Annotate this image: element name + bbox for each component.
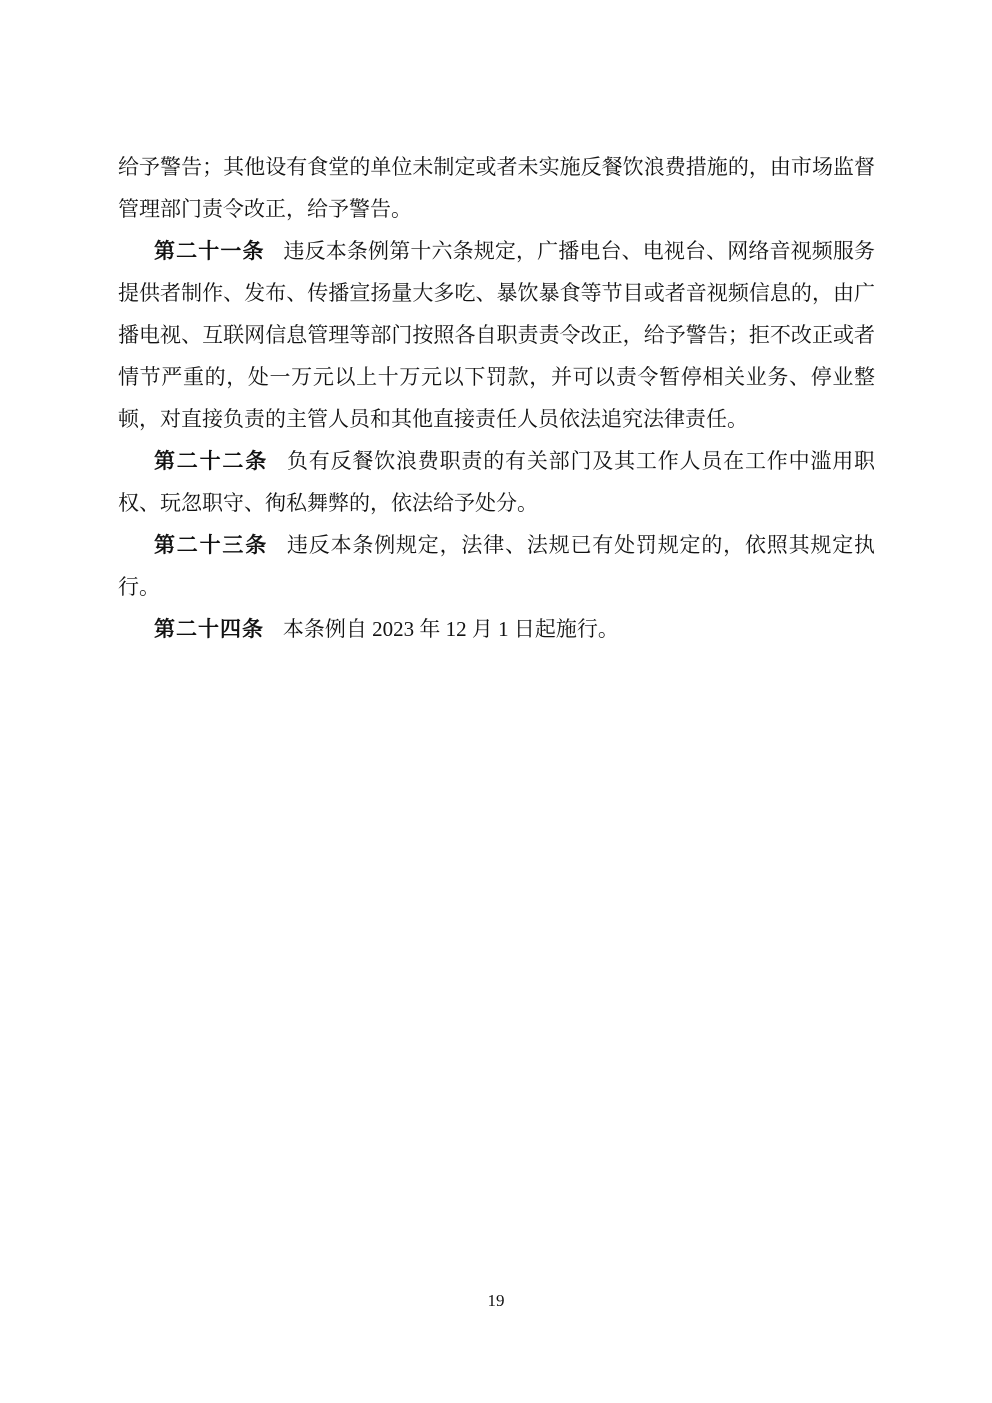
article-number: 第二十二条 <box>154 449 268 473</box>
paragraph-article-24: 第二十四条本条例自 2023 年 12 月 1 日起施行。 <box>118 608 875 650</box>
page-number: 19 <box>0 1290 992 1312</box>
paragraph-text: 本条例自 2023 年 12 月 1 日起施行。 <box>283 617 619 641</box>
paragraph-text: 给予警告；其他设有食堂的单位未制定或者未实施反餐饮浪费措施的，由市场监督管理部门… <box>118 155 875 221</box>
paragraph-article-23: 第二十三条违反本条例规定，法律、法规已有处罚规定的，依照其规定执行。 <box>118 524 875 608</box>
article-number: 第二十三条 <box>154 533 268 557</box>
document-page: 给予警告；其他设有食堂的单位未制定或者未实施反餐饮浪费措施的，由市场监督管理部门… <box>0 0 992 1403</box>
article-number: 第二十四条 <box>154 617 264 641</box>
paragraph-article-22: 第二十二条负有反餐饮浪费职责的有关部门及其工作人员在工作中滥用职权、玩忽职守、徇… <box>118 440 875 524</box>
paragraph-article-21: 第二十一条违反本条例第十六条规定，广播电台、电视台、网络音视频服务提供者制作、发… <box>118 230 875 440</box>
paragraph-continuation: 给予警告；其他设有食堂的单位未制定或者未实施反餐饮浪费措施的，由市场监督管理部门… <box>118 146 875 230</box>
paragraph-text: 违反本条例第十六条规定，广播电台、电视台、网络音视频服务提供者制作、发布、传播宣… <box>118 239 875 431</box>
document-body: 给予警告；其他设有食堂的单位未制定或者未实施反餐饮浪费措施的，由市场监督管理部门… <box>118 146 875 650</box>
article-number: 第二十一条 <box>154 239 265 263</box>
